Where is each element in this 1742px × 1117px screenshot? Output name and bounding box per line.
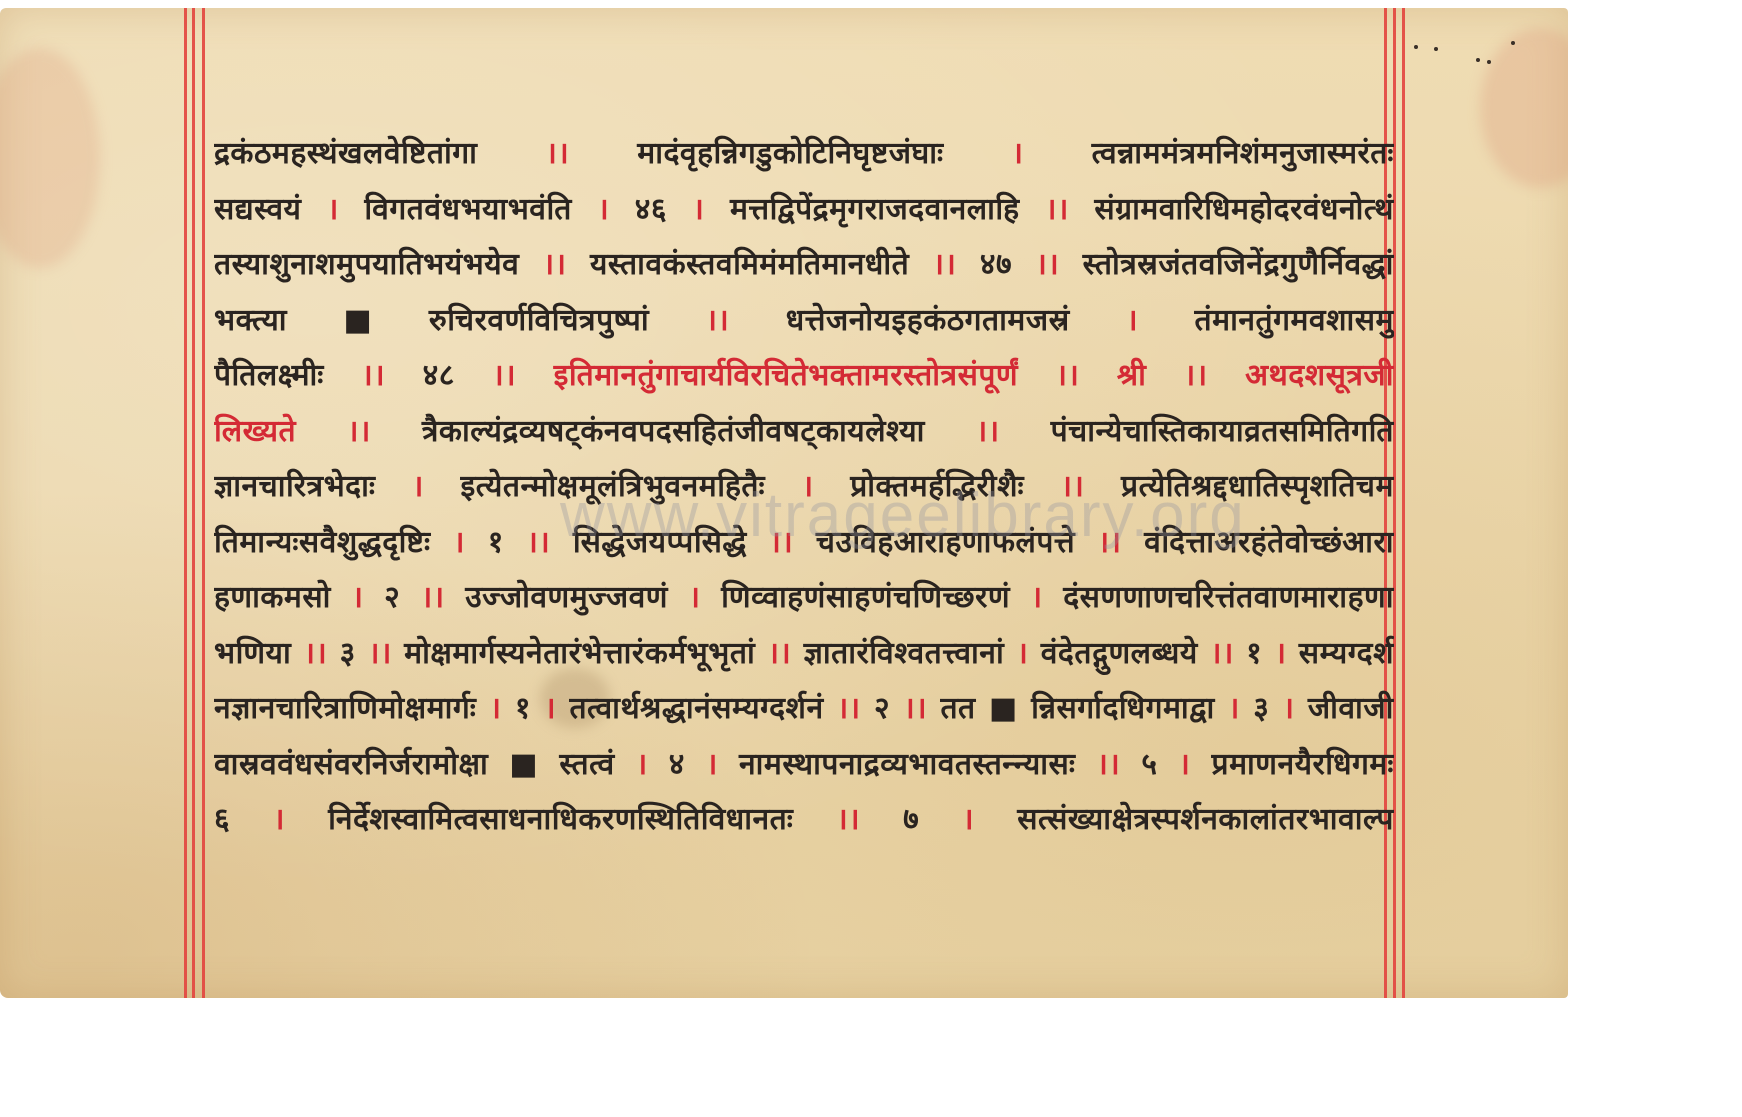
rubric-segment: ।। (976, 404, 1000, 460)
rubric-segment: ।। (543, 237, 567, 293)
rubric-segment: ।। (706, 293, 730, 349)
manuscript-line: नज्ञानचारित्राणिमोक्षमार्गः।१।तत्वार्थश्… (214, 681, 1394, 737)
text-segment: नज्ञानचारित्राणिमोक्षमार्गः (214, 681, 476, 737)
text-segment: प्रमाणनयैरधिगमः (1212, 737, 1394, 793)
manuscript-line: हणाकमसो।२।।उज्जोवणमुज्जवणं।णिव्वाहणंसाहण… (214, 570, 1394, 626)
text-segment: २ (384, 570, 400, 626)
manuscript-line: लिख्यते।।त्रैकाल्यंद्रव्यषट्कंनवपदसहितंज… (214, 404, 1394, 460)
rubric-segment: ।। (1035, 237, 1059, 293)
text-segment: सम्यग्दर्श (1299, 626, 1394, 682)
text-segment: ज्ञातारंविश्वतत्त्वानां (804, 626, 1005, 682)
rubric-segment: ।। (1045, 182, 1069, 238)
rubric-segment: । (453, 515, 465, 571)
rubric-segment: । (327, 182, 339, 238)
text-segment: वास्रववंधसंवरनिर्जरामोक्षा (214, 737, 488, 793)
text-segment: सद्यस्वयं (214, 182, 301, 238)
text-segment: ५ (1141, 737, 1157, 793)
text-segment: वंदित्ताअरहंतेवोच्छंआरा (1144, 515, 1394, 571)
text-segment: मत्तद्विपेंद्रमृगराजदवानलाहि (730, 182, 1020, 238)
text-segment: मादंवृहन्निगडुकोटिनिघृष्टजंघाः (637, 126, 943, 182)
rubric-segment: ।। (526, 515, 550, 571)
rubric-segment: ।। (368, 626, 392, 682)
rubric-segment: श्री (1117, 348, 1147, 404)
text-segment: १ (515, 681, 531, 737)
rubric-segment: लिख्यते (214, 404, 296, 460)
rubric-segment: । (1012, 126, 1024, 182)
rubric-segment: । (544, 681, 556, 737)
text-segment: सत्संख्याक्षेत्रस्पर्शनकालांतरभावाल्प (1017, 792, 1394, 848)
rubric-segment: ।। (1056, 348, 1080, 404)
rubric-segment: । (1179, 737, 1191, 793)
text-segment: ४८ (423, 348, 455, 404)
rubric-segment: । (490, 681, 502, 737)
ink-dot (1487, 60, 1491, 64)
rubric-segment: ।। (1061, 459, 1085, 515)
rubric-segment: । (412, 459, 424, 515)
text-segment: स्तत्वं (559, 737, 614, 793)
text-segment: ४ (669, 737, 685, 793)
rubric-segment: ।। (837, 681, 861, 737)
text-segment: स्तोत्रस्रजंतवजिनेंद्रगुणैर्निवद्धां (1083, 237, 1394, 293)
rubric-segment: । (1283, 681, 1295, 737)
text-segment: प्रत्येतिश्रद्दधातिस्पृशतिचम (1121, 459, 1394, 515)
rubric-segment: ।। (836, 792, 860, 848)
text-segment: इत्येतन्मोक्षमूलंत्रिभुवनमहितैः (461, 459, 766, 515)
left-border-rule (192, 8, 195, 998)
text-segment: प्रोक्तमर्हद्भिरीशैः (850, 459, 1024, 515)
manuscript-line: भक्त्या■रुचिरवर्णविचित्रपुष्पां।।धत्तेजन… (214, 293, 1394, 349)
right-border-rule (1402, 8, 1405, 998)
text-segment: वंदेतद्गुणलब्धये (1041, 626, 1198, 682)
text-segment: यस्तावकंस्तवमिमंमतिमानधीते (590, 237, 909, 293)
rubric-segment: । (352, 570, 364, 626)
rubric-segment: । (962, 792, 974, 848)
ink-dot (1476, 58, 1480, 62)
text-segment: जीवाजी (1308, 681, 1394, 737)
rubric-segment: ।। (768, 626, 792, 682)
text-segment: ■ (509, 737, 538, 793)
manuscript-line: पैतिलक्ष्मीः।।४८।।इतिमानतुंगाचार्यविरचित… (214, 348, 1394, 404)
manuscript-line: तिमान्यःसवैशुद्धदृष्टिः।१।।सिद्धेजयप्पसि… (214, 515, 1394, 571)
rubric-segment: ।। (770, 515, 794, 571)
text-segment: ६ (214, 792, 230, 848)
manuscript-line: ज्ञानचारित्रभेदाः।इत्येतन्मोक्षमूलंत्रिभ… (214, 459, 1394, 515)
text-segment: धत्तेजनोयइहकंठगतामजस्रं (786, 293, 1070, 349)
rubric-segment: । (636, 737, 648, 793)
text-segment: निर्देशस्वामित्वसाधनाधिकरणस्थितिविधानतः (328, 792, 793, 848)
text-segment: ४६ (635, 182, 667, 238)
rubric-segment: ।। (1184, 348, 1208, 404)
text-segment: १ (1246, 626, 1262, 682)
ink-dot (1511, 41, 1515, 45)
text-segment: १ (488, 515, 504, 571)
rubric-segment: । (1228, 681, 1240, 737)
rubric-segment: । (689, 570, 701, 626)
rubric-segment: ।। (421, 570, 445, 626)
rubric-segment: ।। (903, 681, 927, 737)
text-segment: ७ (903, 792, 919, 848)
text-segment: ज्ञानचारित्रभेदाः (214, 459, 375, 515)
text-segment: तत (940, 681, 975, 737)
rubric-segment: । (693, 182, 705, 238)
rubric-segment: इतिमानतुंगाचार्यविरचितेभक्तामरस्तोत्रसंप… (554, 348, 1018, 404)
text-segment: ■ (344, 293, 373, 349)
rubric-segment: अथदशसूत्रजी (1245, 348, 1394, 404)
text-segment: नामस्थापनाद्रव्यभावतस्तन्न्यासः (739, 737, 1075, 793)
rubric-segment: । (1275, 626, 1287, 682)
manuscript-line: भणिया।।३।।मोक्षमार्गस्यनेतारंभेत्तारंकर्… (214, 626, 1394, 682)
text-segment: त्वन्नाममंत्रमनिशंमनुजास्मरंतः (1092, 126, 1394, 182)
text-segment: तंमानतुंगमवशासमु (1195, 293, 1394, 349)
text-segment: न्निसर्गादधिगमाद्वा (1031, 681, 1215, 737)
text-segment: संग्रामवारिधिमहोदरवंधनोत्थं (1094, 182, 1394, 238)
manuscript-folio: द्रकंठमहस्थंखलवेष्टितांगा।।मादंवृहन्निगड… (0, 8, 1568, 998)
rubric-segment: । (597, 182, 609, 238)
manuscript-text: द्रकंठमहस्थंखलवेष्टितांगा।।मादंवृहन्निगड… (214, 126, 1394, 848)
rubric-segment: ।। (933, 237, 957, 293)
text-segment: ४७ (980, 237, 1012, 293)
rubric-segment: । (706, 737, 718, 793)
rubric-segment: । (273, 792, 285, 848)
text-segment: तस्याशुनाशमुपयातिभयंभयेव (214, 237, 519, 293)
rubric-segment: । (1031, 570, 1043, 626)
left-border-rule (202, 8, 205, 998)
rubric-segment: ।। (1097, 737, 1121, 793)
text-segment: द्रकंठमहस्थंखलवेष्टितांगा (214, 126, 477, 182)
manuscript-line: सद्यस्वयं।विगतवंधभयाभवंति।४६।मत्तद्विपें… (214, 182, 1394, 238)
text-segment: त्रैकाल्यंद्रव्यषट्कंनवपदसहितंजीवषट्कायल… (422, 404, 925, 460)
text-segment: दंसणणाणचरित्तंतवाणमाराहणा (1063, 570, 1394, 626)
text-segment: तत्वार्थश्रद्धानंसम्यग्दर्शनं (569, 681, 823, 737)
text-segment: ३ (340, 626, 356, 682)
text-segment: २ (874, 681, 890, 737)
text-segment: भक्त्या (214, 293, 287, 349)
rubric-segment: ।। (1210, 626, 1234, 682)
text-segment: पंचान्येचास्तिकायाव्रतसमितिगति (1051, 404, 1394, 460)
rubric-segment: ।। (361, 348, 385, 404)
text-segment: मोक्षमार्गस्यनेतारंभेत्तारंकर्मभूभृतां (404, 626, 755, 682)
ink-dot (1414, 45, 1418, 49)
paper-stain (1480, 28, 1568, 188)
text-segment: हणाकमसो (214, 570, 331, 626)
rubric-segment: । (1126, 293, 1138, 349)
text-segment: भणिया (214, 626, 291, 682)
rubric-segment: ।। (304, 626, 328, 682)
text-segment: तिमान्यःसवैशुद्धदृष्टिः (214, 515, 431, 571)
rubric-segment: ।। (1098, 515, 1122, 571)
text-segment: ३ (1253, 681, 1269, 737)
left-border-rule (184, 8, 187, 998)
text-segment: चउविहआराहणाफलंपत्ते (816, 515, 1075, 571)
ink-dot (1434, 47, 1438, 51)
rubric-segment: । (802, 459, 814, 515)
text-segment: विगतवंधभयाभवंति (364, 182, 571, 238)
text-segment: ■ (989, 681, 1018, 737)
rubric-segment: ।। (492, 348, 516, 404)
manuscript-line: द्रकंठमहस्थंखलवेष्टितांगा।।मादंवृहन्निगड… (214, 126, 1394, 182)
paper-stain (0, 48, 100, 268)
text-segment: पैतिलक्ष्मीः (214, 348, 324, 404)
rubric-segment: ।। (347, 404, 371, 460)
manuscript-line: वास्रववंधसंवरनिर्जरामोक्षा■स्तत्वं।४।नाम… (214, 737, 1394, 793)
manuscript-line: ६।निर्देशस्वामित्वसाधनाधिकरणस्थितिविधानत… (214, 792, 1394, 848)
rubric-segment: । (1017, 626, 1029, 682)
text-segment: उज्जोवणमुज्जवणं (465, 570, 668, 626)
rubric-segment: ।। (545, 126, 569, 182)
manuscript-line: तस्याशुनाशमुपयातिभयंभयेव।।यस्तावकंस्तवमि… (214, 237, 1394, 293)
text-segment: रुचिरवर्णविचित्रपुष्पां (429, 293, 649, 349)
text-segment: सिद्धेजयप्पसिद्धे (573, 515, 747, 571)
text-segment: णिव्वाहणंसाहणंचणिच्छरणं (721, 570, 1010, 626)
